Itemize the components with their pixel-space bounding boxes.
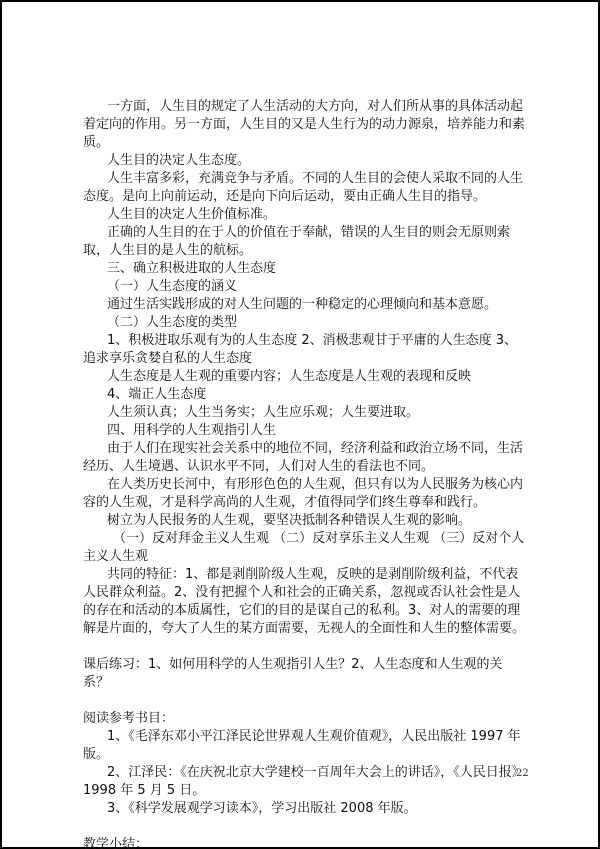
paragraph: 人生目的决定人生态度。 (83, 152, 525, 170)
reading-list-item: 1、《毛泽东邓小平江泽民论世界观人生观价值观》，人民出版社 1997 年版。 (83, 728, 525, 764)
paragraph: 人生丰富多彩，充满竞争与矛盾。不同的人生目的会使人采取不同的人生态度。是向上向前… (83, 170, 525, 206)
paragraph: 树立为人民报务的人生观，要坚决抵制各种错误人生观的影响。 (83, 512, 525, 530)
summary-label: 教学小结： (83, 836, 525, 849)
spacer (83, 818, 525, 836)
paragraph: 由于人们在现实社会关系中的地位不同，经济利益和政治立场不同，生活经历、人生境遇、… (83, 440, 525, 476)
exercise-text: 课后练习：1、如何用科学的人生观指引人生？2、人生态度和人生观的关系？ (83, 656, 525, 692)
reading-list-item: 3、《科学发展观学习读本》，学习出版社 2008 年版。 (83, 800, 525, 818)
spacer (83, 638, 525, 656)
section-heading: 四、用科学的人生观指引人生 (83, 422, 525, 440)
paragraph: 人生须认真；人生当务实；人生应乐观；人生要进取。 (83, 404, 525, 422)
paragraph: 一方面，人生目的规定了人生活动的大方向，对人们所从事的具体活动起着定向的作用。另… (83, 98, 525, 152)
page-number: 22 (516, 768, 529, 779)
paragraph: 通过生活实践形成的对人生问题的一种稳定的心理倾向和基本意愿。 (83, 296, 525, 314)
paragraph: 在人类历史长河中，有形形色色的人生观，但只有以为人民服务为核心内容的人生观，才是… (83, 476, 525, 512)
subsection-heading: （一）人生态度的涵义 (83, 278, 525, 296)
paragraph: （一）反对拜金主义人生观 （二）反对享乐主义人生观 （三）反对个人主义人生观 (83, 530, 525, 566)
paragraph: 1、积极进取乐观有为的人生态度 2、消极悲观甘于平庸的人生态度 3、追求享乐贪婪… (83, 332, 525, 368)
paragraph: 4、端正人生态度 (83, 386, 525, 404)
page-body: 一方面，人生目的规定了人生活动的大方向，对人们所从事的具体活动起着定向的作用。另… (83, 98, 525, 849)
paragraph: 共同的特征：1、都是剥削阶级人生观，反映的是剥削阶级利益，不代表人民群众利益。2… (83, 566, 525, 638)
paragraph: 人生目的决定人生价值标准。 (83, 206, 525, 224)
paragraph: 人生态度是人生观的重要内容；人生态度是人生观的表现和反映 (83, 368, 525, 386)
reading-list-item: 2、江泽民：《在庆祝北京大学建校一百周年大会上的讲话》，《人民日报》1998 年… (83, 764, 525, 800)
subsection-heading: （二）人生态度的类型 (83, 314, 525, 332)
spacer (83, 692, 525, 710)
reading-list-title: 阅读参考书目： (83, 710, 525, 728)
section-heading: 三、确立积极进取的人生态度 (83, 260, 525, 278)
document-page: 一方面，人生目的规定了人生活动的大方向，对人们所从事的具体活动起着定向的作用。另… (0, 0, 600, 849)
paragraph: 正确的人生目的在于人的价值在于奉献，错误的人生目的则会无原则索取，人生目的是人生… (83, 224, 525, 260)
